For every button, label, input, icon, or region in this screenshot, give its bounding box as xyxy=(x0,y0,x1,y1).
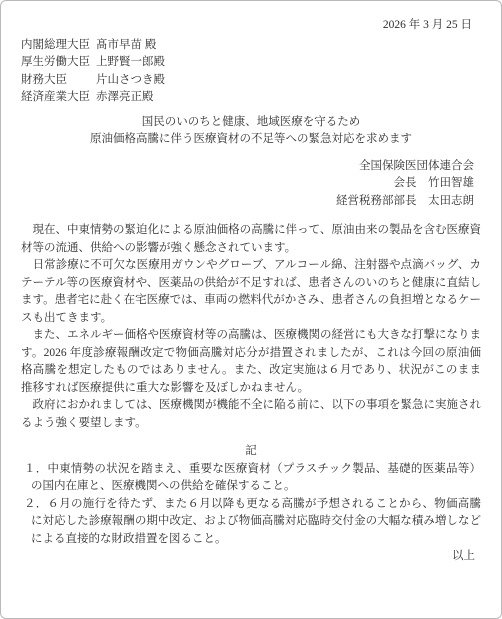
sender-organization: 全国保険医団体連合会 xyxy=(21,158,474,176)
recipient-row: 経済産業大臣 赤澤亮正殿 xyxy=(21,89,481,107)
recipient-title: 財務大臣 xyxy=(21,72,96,90)
notice-marker: 記 xyxy=(21,443,481,461)
document-title-line-2: 原油価格高騰に伴う医療資材の不足等への緊急対応を求めます xyxy=(21,131,481,149)
sender-president: 会長 竹田智雄 xyxy=(21,175,474,193)
paragraph-1: 現在、中東情勢の緊迫化による原油価格の高騰に伴って、原油由来の製品を含む医療資材… xyxy=(21,222,481,257)
recipient-row: 厚生労働大臣 上野賢一郎殿 xyxy=(21,54,481,72)
recipient-list: 内閣総理大臣 髙市早苗 殿 厚生労働大臣 上野賢一郎殿 財務大臣 片山さつき殿 … xyxy=(21,37,481,107)
paragraph-3: また、エネルギー価格や医療資材等の高騰は、医療機関の経営にも大きな打撃になります… xyxy=(21,327,481,397)
paragraph-4: 政府におかれましては、医療機関が機能不全に陥る前に、以下の事項を緊急に実施される… xyxy=(21,397,481,432)
recipient-name: 上野賢一郎殿 xyxy=(96,54,165,72)
document-title: 国民のいのちと健康、地域医療を守るため 原油価格高騰に伴う医療資材の不足等への緊… xyxy=(21,114,481,149)
sender-director: 経営税務部部長 太田志朗 xyxy=(21,193,474,211)
recipient-title: 厚生労働大臣 xyxy=(21,54,96,72)
recipient-title: 経済産業大臣 xyxy=(21,89,96,107)
demand-list: １．中東情勢の状況を踏まえ、重要な医療資材（プラスチック製品、基礎的医薬品等）の… xyxy=(21,461,481,549)
recipient-name: 赤澤亮正殿 xyxy=(96,89,154,107)
closing-phrase: 以上 xyxy=(21,548,481,566)
recipient-name: 片山さつき殿 xyxy=(96,72,165,90)
demand-item-1: １．中東情勢の状況を踏まえ、重要な医療資材（プラスチック製品、基礎的医薬品等）の… xyxy=(21,461,481,496)
document-page: 2026 年 3 月 25 日 内閣総理大臣 髙市早苗 殿 厚生労働大臣 上野賢… xyxy=(0,0,502,619)
sender-block: 全国保険医団体連合会 会長 竹田智雄 経営税務部部長 太田志朗 xyxy=(21,158,481,211)
recipient-row: 財務大臣 片山さつき殿 xyxy=(21,72,481,90)
demand-item-2: ２．６月の施行を待たず、また６月以降も更なる高騰が予想されることから、物価高騰に… xyxy=(21,496,481,549)
document-date: 2026 年 3 月 25 日 xyxy=(21,17,481,35)
document-title-line-1: 国民のいのちと健康、地域医療を守るため xyxy=(21,114,481,132)
recipient-name: 髙市早苗 殿 xyxy=(96,37,156,55)
paragraph-2: 日常診療に不可欠な医療用ガウンやグローブ、アルコール綿、注射器や点滴バッグ、カテ… xyxy=(21,257,481,327)
recipient-title: 内閣総理大臣 xyxy=(21,37,96,55)
body-paragraphs: 現在、中東情勢の緊迫化による原油価格の高騰に伴って、原油由来の製品を含む医療資材… xyxy=(21,222,481,432)
recipient-row: 内閣総理大臣 髙市早苗 殿 xyxy=(21,37,481,55)
